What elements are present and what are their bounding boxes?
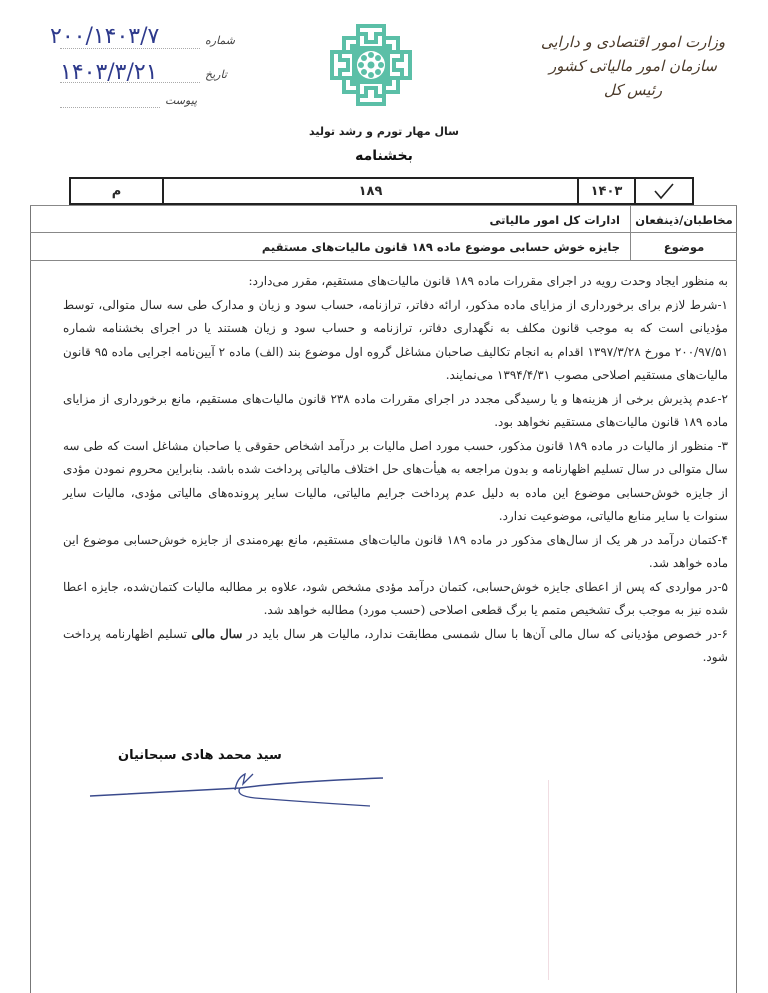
circular-body: به منظور ایجاد وحدت رویه در اجرای مقررات… (63, 270, 728, 670)
handwritten-signature-icon (85, 770, 385, 810)
check-mark-cell (636, 179, 692, 203)
clause-1: ۱-شرط لازم برای برخورداری از مزایای ماده… (63, 294, 728, 388)
clause-5: ۵-در مواردی که پس از اعطای جایزه خوش‌حسا… (63, 576, 728, 623)
organization-name: سازمان امور مالیاتی کشور (528, 54, 738, 78)
signer-name: سید محمد هادی سبحانیان (118, 748, 282, 763)
attachment-dotline (60, 107, 160, 108)
ministry-name: وزارت امور اقتصادی و دارایی (528, 30, 738, 54)
check-mark-icon (653, 182, 675, 200)
ministry-header: وزارت امور اقتصادی و دارایی سازمان امور … (528, 30, 738, 102)
date-label: تاریخ (205, 68, 227, 81)
recipients-value: ادارات کل امور مالیاتی (30, 206, 630, 233)
attachment-label: پیوست (165, 94, 197, 107)
clause-6-bold: سال مالی (191, 627, 242, 641)
circular-number-table: م ۱۸۹ ۱۴۰۳ (69, 177, 694, 205)
letter-number: ۲۰۰/۱۴۰۳/۷ (50, 24, 159, 49)
document-type-title: بخشنامه (0, 148, 768, 164)
scan-artifact-line (548, 780, 549, 980)
subject-value: جایزه خوش حسابی موضوع ماده ۱۸۹ قانون مال… (30, 233, 630, 260)
subject-label: موضوع (630, 233, 737, 260)
number-suffix-cell: م (71, 179, 164, 203)
clause-3: ۳- منظور از مالیات در ماده ۱۸۹ قانون مذک… (63, 435, 728, 529)
subject-row: موضوع جایزه خوش حسابی موضوع ماده ۱۸۹ قان… (30, 232, 737, 260)
year-slogan: سال مهار تورم و رشد تولید (0, 125, 768, 138)
intro-paragraph: به منظور ایجاد وحدت رویه در اجرای مقررات… (63, 270, 728, 294)
clause-2: ۲-عدم پذیرش برخی از هزینه‌ها و یا رسیدگی… (63, 388, 728, 435)
number-dotline (60, 48, 200, 49)
circular-number-cell: ۱۸۹ (164, 179, 579, 203)
date-dotline (60, 82, 200, 83)
tax-organization-emblem-icon (330, 24, 412, 106)
recipients-label: مخاطبان/ذینفعان (630, 206, 737, 233)
position-title: رئیس کل (528, 78, 738, 102)
year-cell: ۱۴۰۳ (579, 179, 636, 203)
clause-6-text-a: ۶-در خصوص مؤدیانی که سال مالی آن‌ها با س… (242, 627, 728, 641)
clause-6: ۶-در خصوص مؤدیانی که سال مالی آن‌ها با س… (63, 623, 728, 670)
recipients-row: مخاطبان/ذینفعان ادارات کل امور مالیاتی (30, 205, 737, 233)
number-label: شماره (205, 34, 235, 47)
meta-rows-divider (30, 260, 737, 261)
clause-4: ۴-کتمان درآمد در هر یک از سال‌های مذکور … (63, 529, 728, 576)
